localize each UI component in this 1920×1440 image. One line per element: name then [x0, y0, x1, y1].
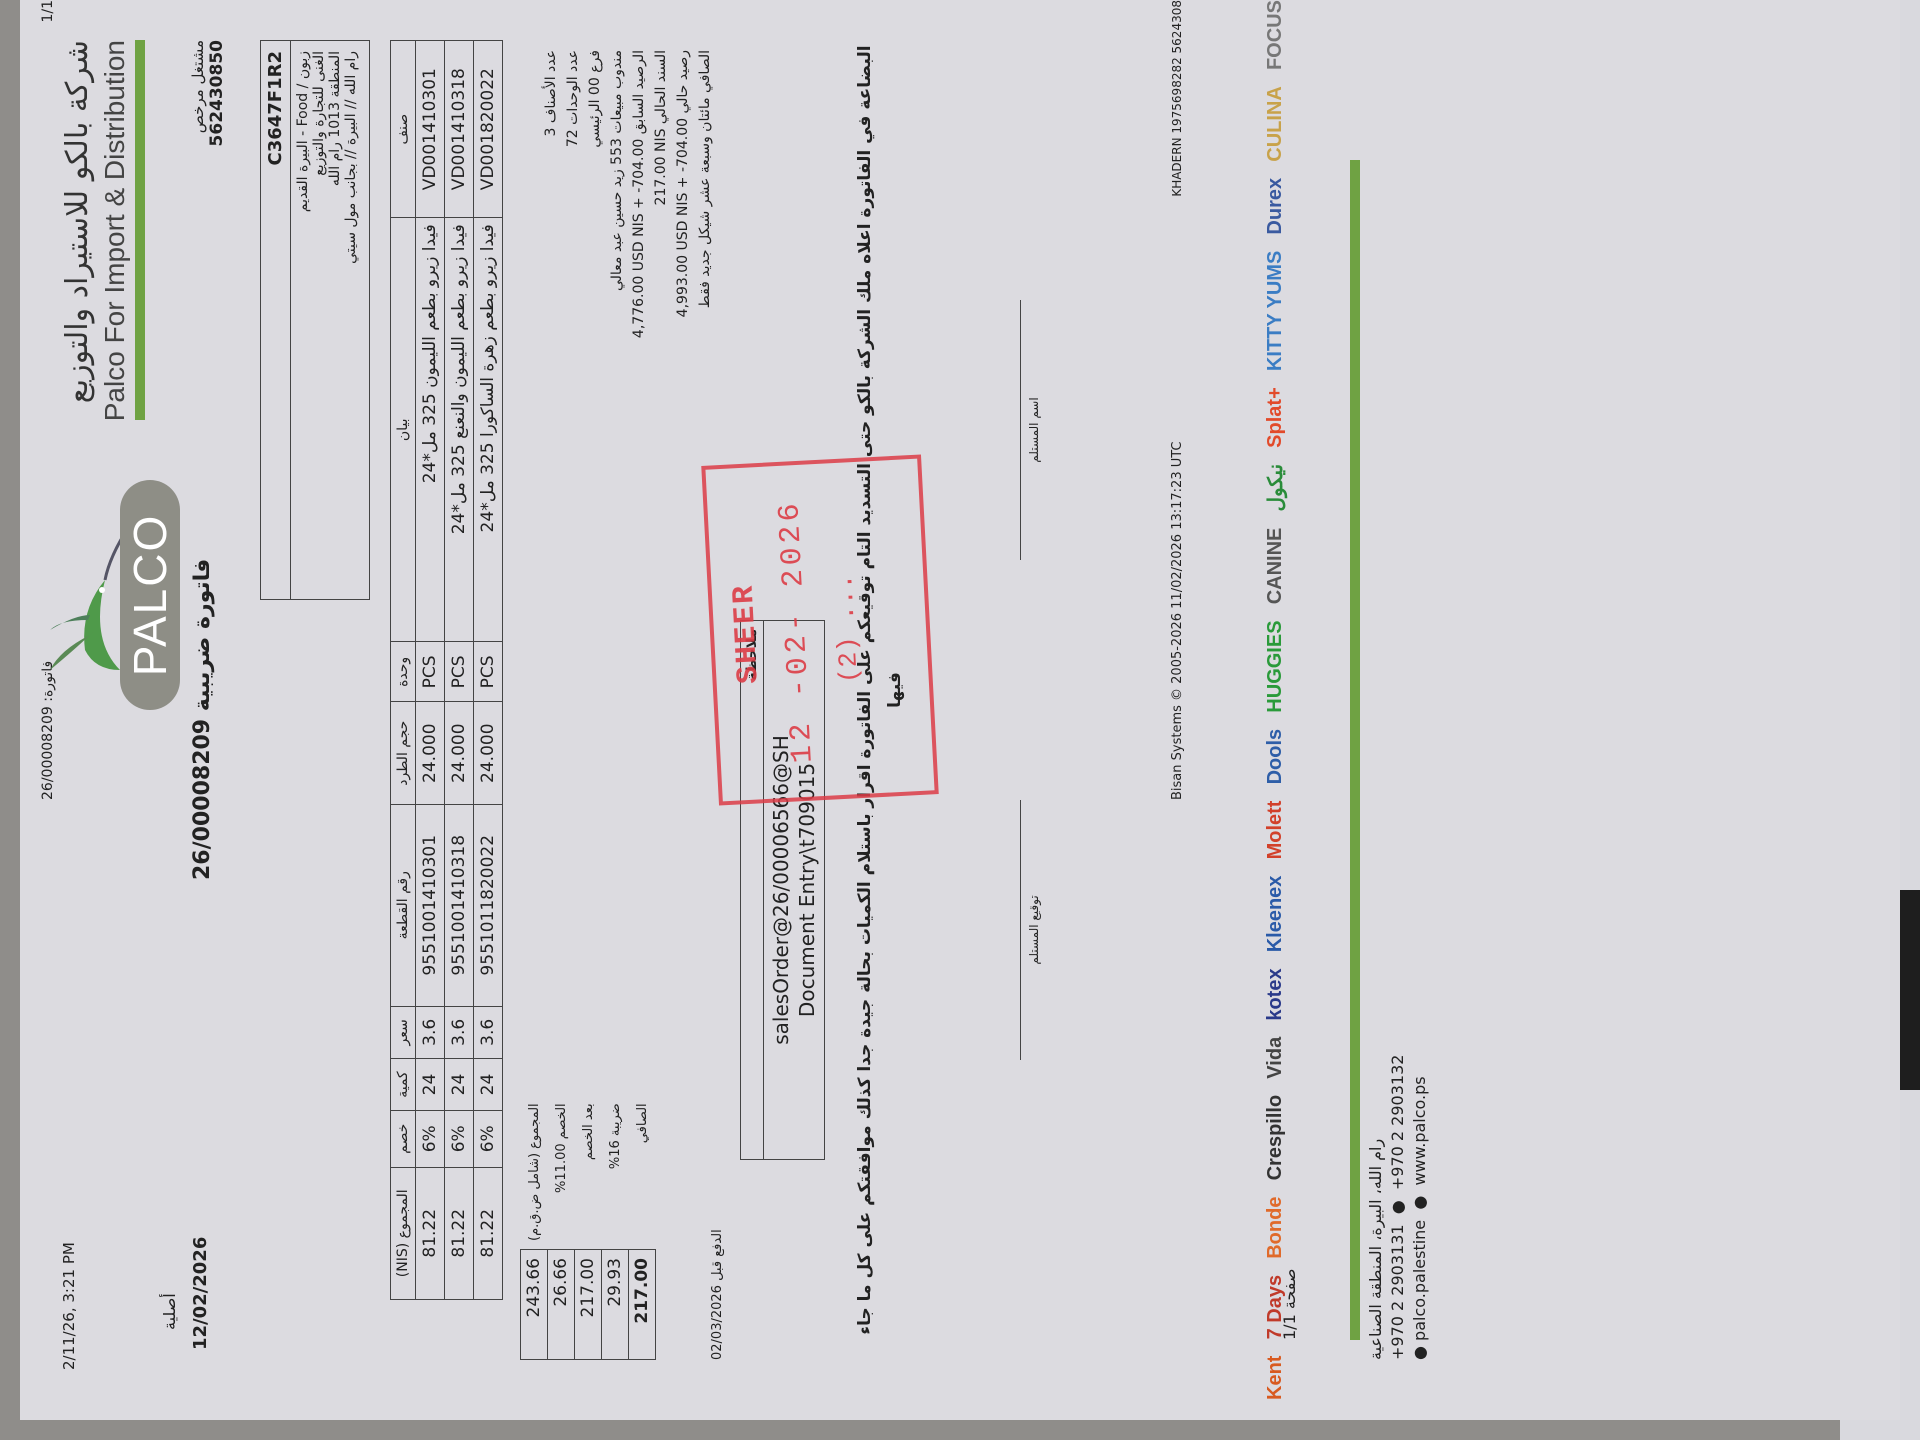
due-date: 02/03/2026: [710, 1285, 725, 1360]
brand-logo: Vida: [1264, 1037, 1287, 1079]
col-pack: حجم الطرد: [391, 702, 416, 804]
email[interactable]: palco.palestine: [1410, 1220, 1429, 1341]
company-address: رام الله، البيرة، المنطقة الصناعية: [1365, 160, 1387, 1360]
cell-item: VD001410318: [445, 41, 474, 218]
phone-line: +970 2 2903131 ● +970 2 2903132: [1387, 160, 1409, 1360]
brand-logo: Molett: [1264, 801, 1287, 860]
brand-logo: Kleenex: [1264, 876, 1287, 953]
cell-unit: PCS: [474, 642, 503, 702]
cell-unit: PCS: [445, 642, 474, 702]
web-line: ● palco.palestine ● www.palco.ps: [1409, 160, 1431, 1360]
customer-area: المنطقة 1013 رام الله: [327, 51, 343, 589]
units-count-line: عدد الوحدات 72: [562, 50, 584, 570]
header-accent-bar: [135, 40, 145, 420]
table-row: VD001410301فيدا زيرو بطعم الليمون 325 مل…: [416, 41, 445, 1300]
cell-item: VD001820022: [474, 41, 503, 218]
cell-qty: 24: [474, 1059, 503, 1111]
ref-code: KHADERN 1975698282 5624308: [1170, 0, 1184, 197]
page-number: صفحة 1/1: [1280, 1269, 1299, 1340]
cell-barcode: 9551011820022: [474, 804, 503, 1006]
totals-row: الصافي217.00: [629, 1095, 656, 1359]
branch-line: فرع 00 الرئيسي: [584, 50, 606, 570]
cell-total: 81.22: [445, 1167, 474, 1299]
bisan-footer: Bisan Systems © 2005-2026 11/02/2026 13:…: [1170, 442, 1185, 801]
col-unit: وحدة: [391, 642, 416, 702]
totals-label: بعد الخصم: [575, 1095, 602, 1249]
cell-price: 3.6: [445, 1006, 474, 1059]
col-total: المجموع (NIS): [391, 1167, 416, 1299]
totals-row: ضريبة 16%29.93: [602, 1095, 629, 1359]
cell-discount: 6%: [416, 1110, 445, 1167]
palco-logo: PALCO: [50, 450, 200, 750]
license-label: مشتغل مرخص: [189, 40, 207, 460]
col-price: سعر: [391, 1006, 416, 1059]
customer-box: C3647F1R2 زبون / Food - البيرة القديم ال…: [260, 40, 370, 600]
due-date-line: الدفع قبل 02/03/2026: [710, 1229, 725, 1360]
col-qty: كمية: [391, 1059, 416, 1111]
brand-logo: CULINA: [1264, 86, 1287, 162]
totals-label: المجموع (شامل ض.ق.م): [521, 1095, 548, 1249]
totals-row: بعد الخصم217.00: [575, 1095, 602, 1359]
cell-price: 3.6: [416, 1006, 445, 1059]
phone-number: +970 2 2903131: [1388, 1224, 1407, 1360]
cell-item: VD001410301: [416, 41, 445, 218]
top-page-number: 1/1: [40, 0, 56, 23]
cell-pack: 24.000: [416, 702, 445, 804]
totals-row: المجموع (شامل ض.ق.م)243.66: [521, 1095, 548, 1359]
logo-wordmark: PALCO: [120, 480, 180, 710]
fax-number: +970 2 2903132: [1388, 1055, 1407, 1191]
prev-balance-line: الرصيد السابق 4,776.00 USD NIS + -704.00: [628, 50, 650, 570]
cell-barcode: 9551001410318: [445, 804, 474, 1006]
invoice-summary: عدد الأصناف 3 عدد الوحدات 72 فرع 00 الرئ…: [540, 50, 716, 570]
cell-discount: 6%: [474, 1110, 503, 1167]
receiver-name-field: اسم المستلم: [1020, 300, 1041, 560]
totals-value: 29.93: [602, 1250, 629, 1360]
cell-qty: 24: [445, 1059, 474, 1111]
company-name-en: Palco For Import & Distribution: [99, 40, 131, 460]
col-barcode: رقم القطعة: [391, 804, 416, 1006]
totals-row: الخصم 11.00%26.66: [548, 1095, 575, 1359]
footer-accent-bar: [1350, 160, 1360, 1340]
totals-label: الخصم 11.00%: [548, 1095, 575, 1249]
cell-barcode: 9551001410301: [416, 804, 445, 1006]
email-icon: ●: [1410, 1346, 1429, 1360]
brand-logo: FOCUS: [1264, 0, 1287, 70]
company-header: شركة بالكو للاستيراد والتوزيع Palco For …: [60, 40, 227, 460]
cell-qty: 24: [416, 1059, 445, 1111]
totals-value: 26.66: [548, 1250, 575, 1360]
items-count-line: عدد الأصناف 3: [540, 50, 562, 570]
brand-logo: Dools: [1264, 729, 1287, 785]
stamp-line-1: SHEER: [721, 467, 772, 800]
due-label: الدفع قبل: [710, 1229, 725, 1281]
cell-discount: 6%: [445, 1110, 474, 1167]
customer-name: الغنى للتجارة والتوزيع: [311, 51, 327, 589]
invoice-paper: 1/1 26/00008209 :فاتورة 2/11/26, 3:21 PM…: [20, 0, 1900, 1420]
customer-address: رام الله // البيرة // بجانب مول سيتي: [343, 51, 359, 589]
receiver-signature-field: توقيع المستلم: [1020, 800, 1041, 1060]
table-row: VD001410318فيدا زيرو بطعم الليمون والنعن…: [445, 41, 474, 1300]
brand-logo: Splat+: [1264, 387, 1287, 448]
brand-logo: CANINE: [1264, 528, 1287, 605]
totals-value: 217.00: [575, 1250, 602, 1360]
totals-label: الصافي: [629, 1095, 656, 1249]
table-row: VD001820022فيدا زيرو بطعم زهرة الساكورا …: [474, 41, 503, 1300]
cell-total: 81.22: [474, 1167, 503, 1299]
brand-logo: Bonde: [1264, 1197, 1287, 1259]
col-item: صنف: [391, 41, 416, 218]
brand-logo: HUGGIES: [1264, 620, 1287, 712]
cell-price: 3.6: [474, 1006, 503, 1059]
totals-value: 243.66: [521, 1250, 548, 1360]
items-header-row: صنف بيان وحدة حجم الطرد رقم القطعة سعر ك…: [391, 41, 416, 1300]
brand-logo: kotex: [1264, 968, 1287, 1020]
col-desc: بيان: [391, 218, 416, 642]
brand-logo: Kent: [1264, 1356, 1287, 1400]
website-link[interactable]: www.palco.ps: [1410, 1076, 1429, 1185]
cell-desc: فيدا زيرو بطعم زهرة الساكورا 325 مل*24: [474, 218, 503, 642]
customer-zone: زبون / Food - البيرة القديم: [295, 51, 311, 589]
cell-desc: فيدا زيرو بطعم الليمون والنعنع 325 مل*24: [445, 218, 474, 642]
invoice-title: فاتورة ضريبية 26/00008209: [190, 559, 215, 880]
invoice-date: 12/02/2026: [190, 1237, 211, 1350]
current-balance-line: رصيد حالي 4,993.00 USD NIS + -704.00: [672, 50, 694, 570]
brand-logos-strip: FOCUSCULINADurexKITTY YUMSSplat+نيكولCAN…: [1220, 0, 1330, 1400]
totals-label: ضريبة 16%: [602, 1095, 629, 1249]
invoice-title-label: فاتورة ضريبية: [190, 559, 215, 712]
cell-pack: 24.000: [445, 702, 474, 804]
invoice-number: 26/00008209: [190, 719, 215, 880]
totals-value: 217.00: [629, 1250, 656, 1360]
fax-icon: ●: [1388, 1200, 1407, 1214]
cell-desc: فيدا زيرو بطعم الليمون 325 مل*24: [416, 218, 445, 642]
col-discount: خصم: [391, 1110, 416, 1167]
received-stamp: SHEER 12 -02- 2026 (2) ...: [701, 454, 938, 805]
globe-icon: ●: [1410, 1196, 1429, 1210]
items-table: صنف بيان وحدة حجم الطرد رقم القطعة سعر ك…: [390, 40, 503, 1300]
totals-table: المجموع (شامل ض.ق.م)243.66الخصم 11.00%26…: [520, 1095, 656, 1360]
contact-info: رام الله، البيرة، المنطقة الصناعية +970 …: [1365, 160, 1431, 1360]
cell-pack: 24.000: [474, 702, 503, 804]
print-timestamp: 2/11/26, 3:21 PM: [60, 1242, 78, 1370]
brand-logo: Durex: [1264, 178, 1287, 235]
cell-unit: PCS: [416, 642, 445, 702]
cell-total: 81.22: [416, 1167, 445, 1299]
document-photo: 1/1 26/00008209 :فاتورة 2/11/26, 3:21 PM…: [0, 0, 1920, 1440]
copy-label: أصلية: [160, 1293, 179, 1330]
customer-code: C3647F1R2: [261, 41, 291, 599]
current-doc-line: السند الحالي 217.00 NIS: [650, 50, 672, 570]
sales-rep-line: مندوب مبيعات 553 زيد حسين عبد معالي: [606, 50, 628, 570]
brand-logo: KITTY YUMS: [1264, 251, 1287, 371]
stamp-line-3: (2) ...: [823, 462, 870, 795]
license-number: 562430850: [207, 40, 227, 460]
brand-logo: Crespillo: [1264, 1095, 1287, 1181]
company-name-ar: شركة بالكو للاستيراد والتوزيع: [60, 40, 95, 460]
stamp-date: 12 -02- 2026: [771, 465, 822, 798]
brand-logo: نيكول: [1263, 464, 1288, 512]
